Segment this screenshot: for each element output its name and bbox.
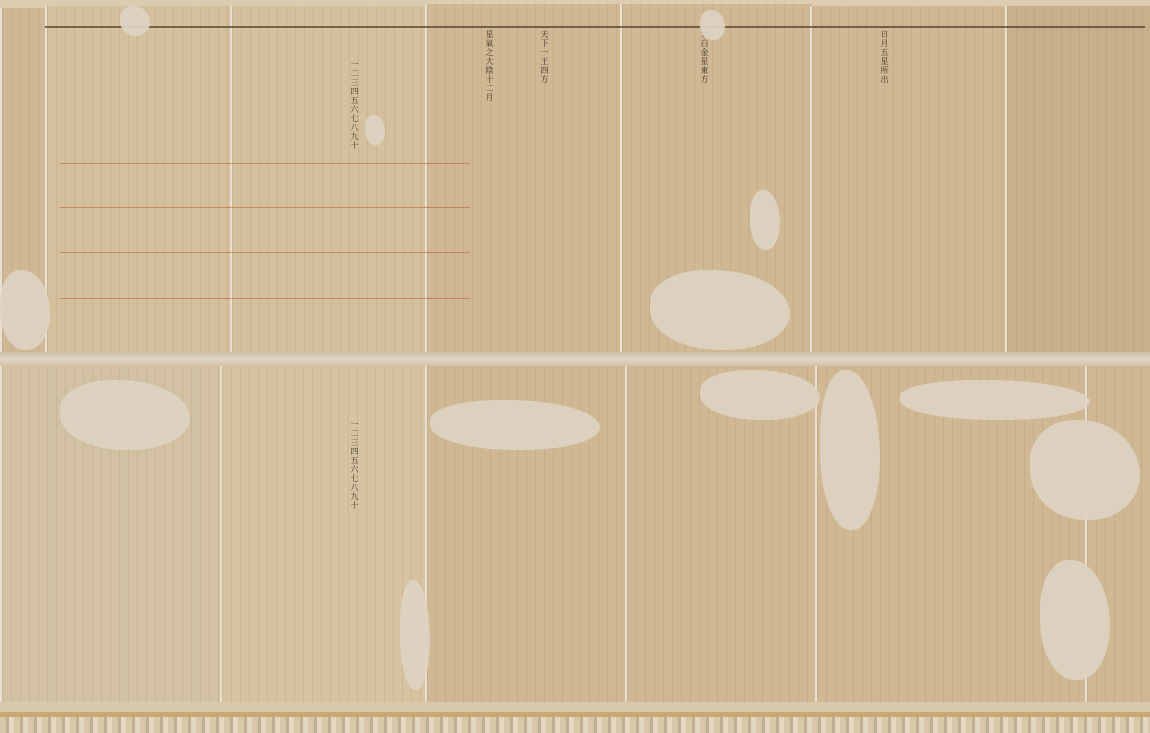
text-column: 一二三四五六七八九十 <box>350 60 359 340</box>
damage-patch <box>900 380 1090 420</box>
ruling-line <box>60 298 470 299</box>
ruling-line <box>60 163 470 164</box>
horizontal-seam <box>0 352 1150 366</box>
text-column: 天下一王四方 <box>540 30 549 350</box>
ruling-line <box>60 207 470 208</box>
damage-patch <box>700 10 725 40</box>
damage-patch <box>120 6 150 36</box>
text-column: 日月五星所出 <box>880 30 889 350</box>
upper-panel-2 <box>45 6 232 352</box>
damage-patch <box>365 115 385 145</box>
manuscript-scroll: 星氣之大陰十二月 天下一王四方 大白金星東方 日月五星所出 一二三四五六七八九十… <box>0 0 1150 712</box>
text-column: 星氣之大陰十二月 <box>485 30 494 350</box>
lower-panel-2 <box>220 366 427 702</box>
upper-panel-6 <box>810 6 1007 354</box>
upper-border-line <box>45 26 1145 28</box>
upper-panel-3 <box>230 6 427 352</box>
ruling-line <box>60 252 470 253</box>
mounting-strip <box>0 712 1150 733</box>
upper-panel-7 <box>1005 6 1150 352</box>
upper-panel-4 <box>425 4 622 354</box>
text-column: 一二三四五六七八九十 <box>350 420 359 700</box>
